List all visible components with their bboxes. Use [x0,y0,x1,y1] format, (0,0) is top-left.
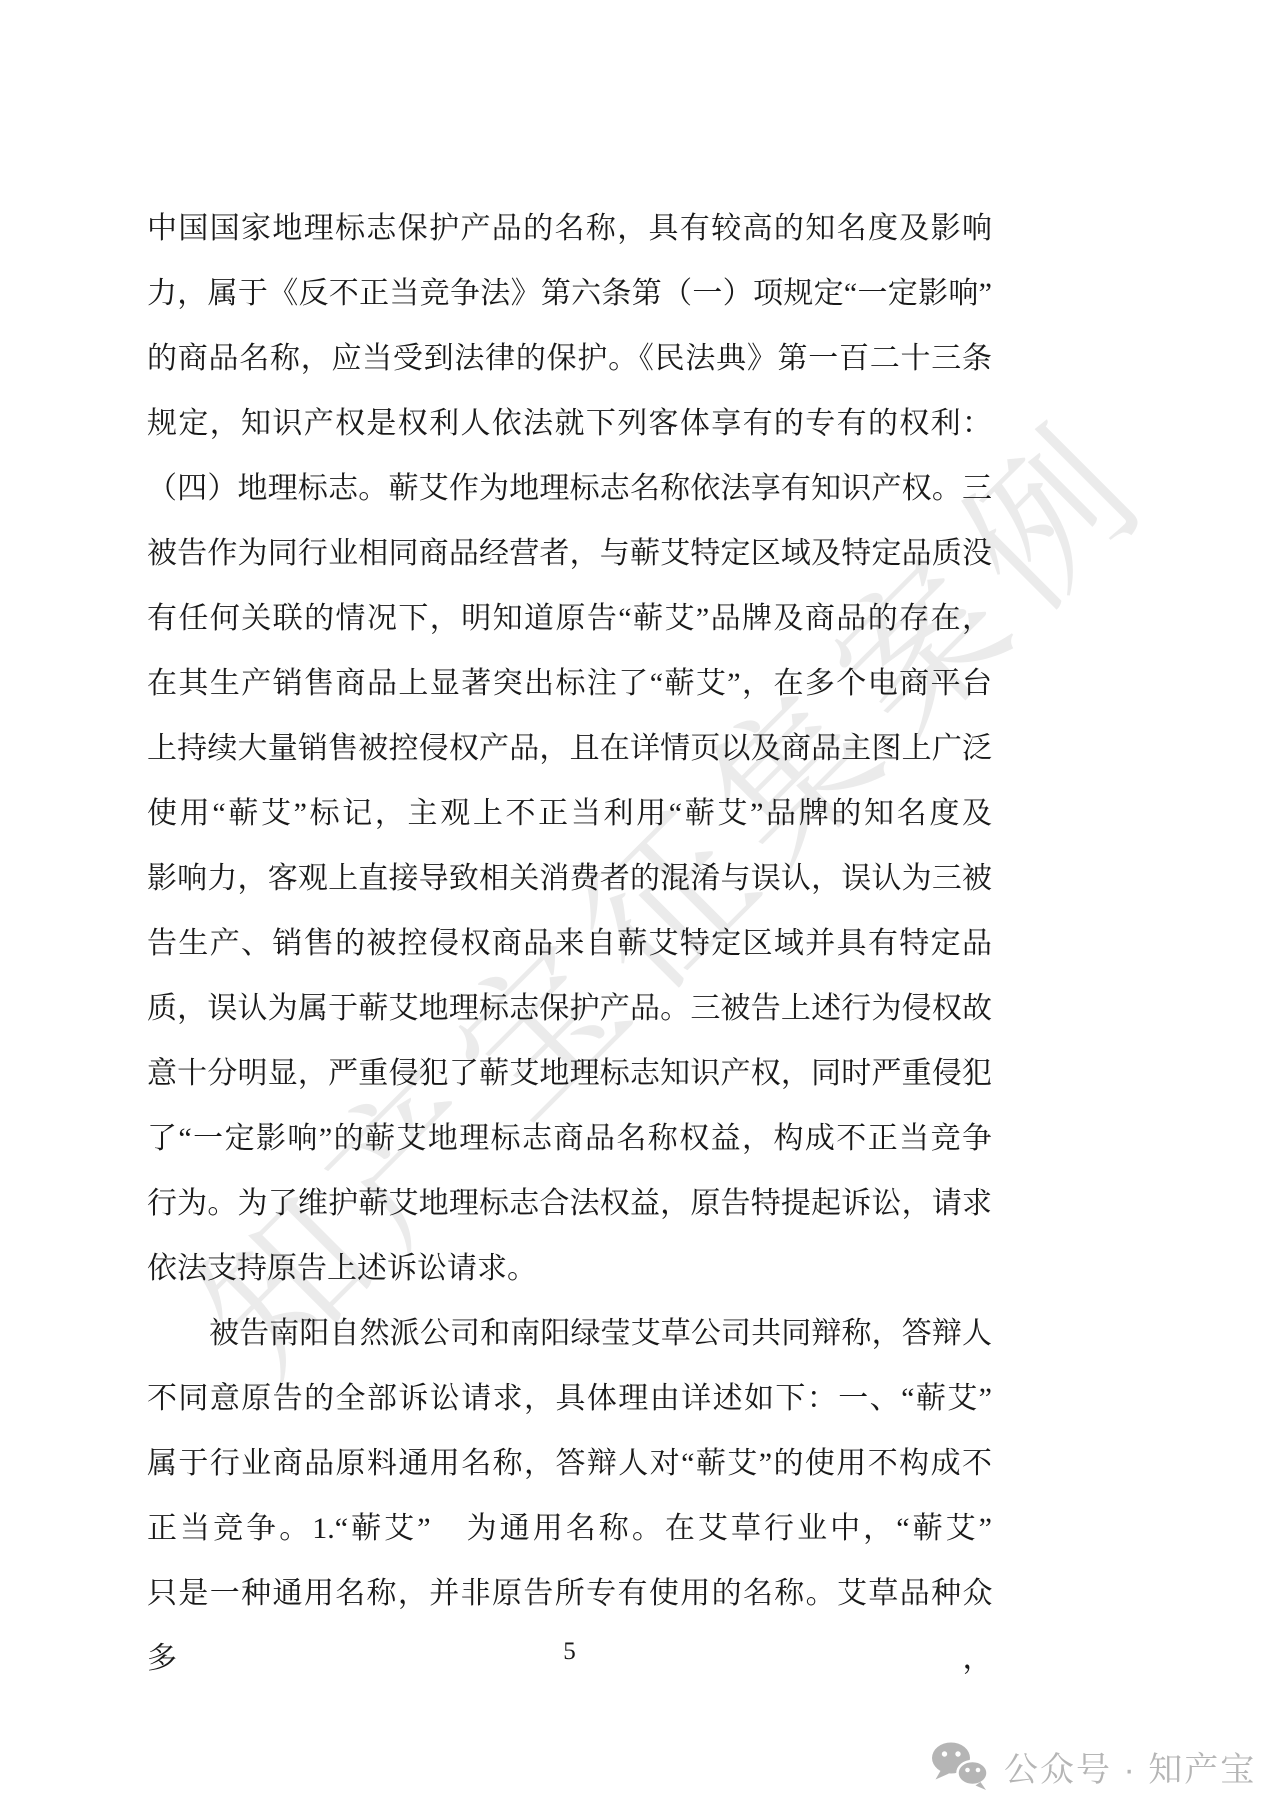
text-line: 正当竞争。1.“蕲艾” 为通用名称。在艾草行业中，“蕲艾” [147,1496,992,1561]
text-line: 有任何关联的情况下，明知道原告“蕲艾”品牌及商品的存在， [147,586,992,651]
text-line: （四）地理标志。蕲艾作为地理标志名称依法享有知识产权。三 [147,456,992,521]
text-line: 告生产、销售的被控侵权商品来自蕲艾特定区域并具有特定品 [147,911,992,976]
text-line: 规定，知识产权是权利人依法就下列客体享有的专有的权利： [147,391,992,456]
text-line: 在其生产销售商品上显著突出标注了“蕲艾”，在多个电商平台 [147,651,992,716]
text-line: 了“一定影响”的蕲艾地理标志商品名称权益，构成不正当竞争 [147,1106,992,1171]
text-line: 质，误认为属于蕲艾地理标志保护产品。三被告上述行为侵权故 [147,976,992,1041]
text-line: 的商品名称，应当受到法律的保护。《民法典》第一百二十三条 [147,326,992,391]
text-line: 不同意原告的全部诉讼请求，具体理由详述如下：一、“蕲艾” [147,1366,992,1431]
text-line: 属于行业商品原料通用名称，答辩人对“蕲艾”的使用不构成不 [147,1431,992,1496]
text-line: 行为。为了维护蕲艾地理标志合法权益，原告特提起诉讼，请求 [147,1171,992,1236]
page-number: 5 [147,1638,992,1666]
document-page: 知产宝征集案例 中国国家地理标志保护产品的名称，具有较高的知名度及影响 力，属于… [0,0,1280,1810]
text-line: 被告南阳自然派公司和南阳绿莹艾草公司共同辩称，答辩人 [147,1301,992,1366]
text-line: 上持续大量销售被控侵权产品，且在详情页以及商品主图上广泛 [147,716,992,781]
wechat-account-label: 公众号 · 知产宝 [1004,1742,1256,1791]
text-line: 意十分明显，严重侵犯了蕲艾地理标志知识产权，同时严重侵犯 [147,1041,992,1106]
text-line: 被告作为同行业相同商品经营者，与蕲艾特定区域及特定品质没 [147,521,992,586]
text-line: 使用“蕲艾”标记，主观上不正当利用“蕲艾”品牌的知名度及 [147,781,992,846]
wechat-footer: 公众号 · 知产宝 [930,1740,1256,1792]
judgment-body-text: 中国国家地理标志保护产品的名称，具有较高的知名度及影响 力，属于《反不正当竞争法… [147,196,992,1691]
wechat-icon [930,1741,990,1791]
text-line: 只是一种通用名称，并非原告所专有使用的名称。艾草品种众多， [147,1561,992,1691]
text-line: 依法支持原告上述诉讼请求。 [147,1236,992,1301]
text-line: 影响力，客观上直接导致相关消费者的混淆与误认，误认为三被 [147,846,992,911]
text-line: 力，属于《反不正当竞争法》第六条第（一）项规定“一定影响” [147,261,992,326]
text-line: 中国国家地理标志保护产品的名称，具有较高的知名度及影响 [147,196,992,261]
